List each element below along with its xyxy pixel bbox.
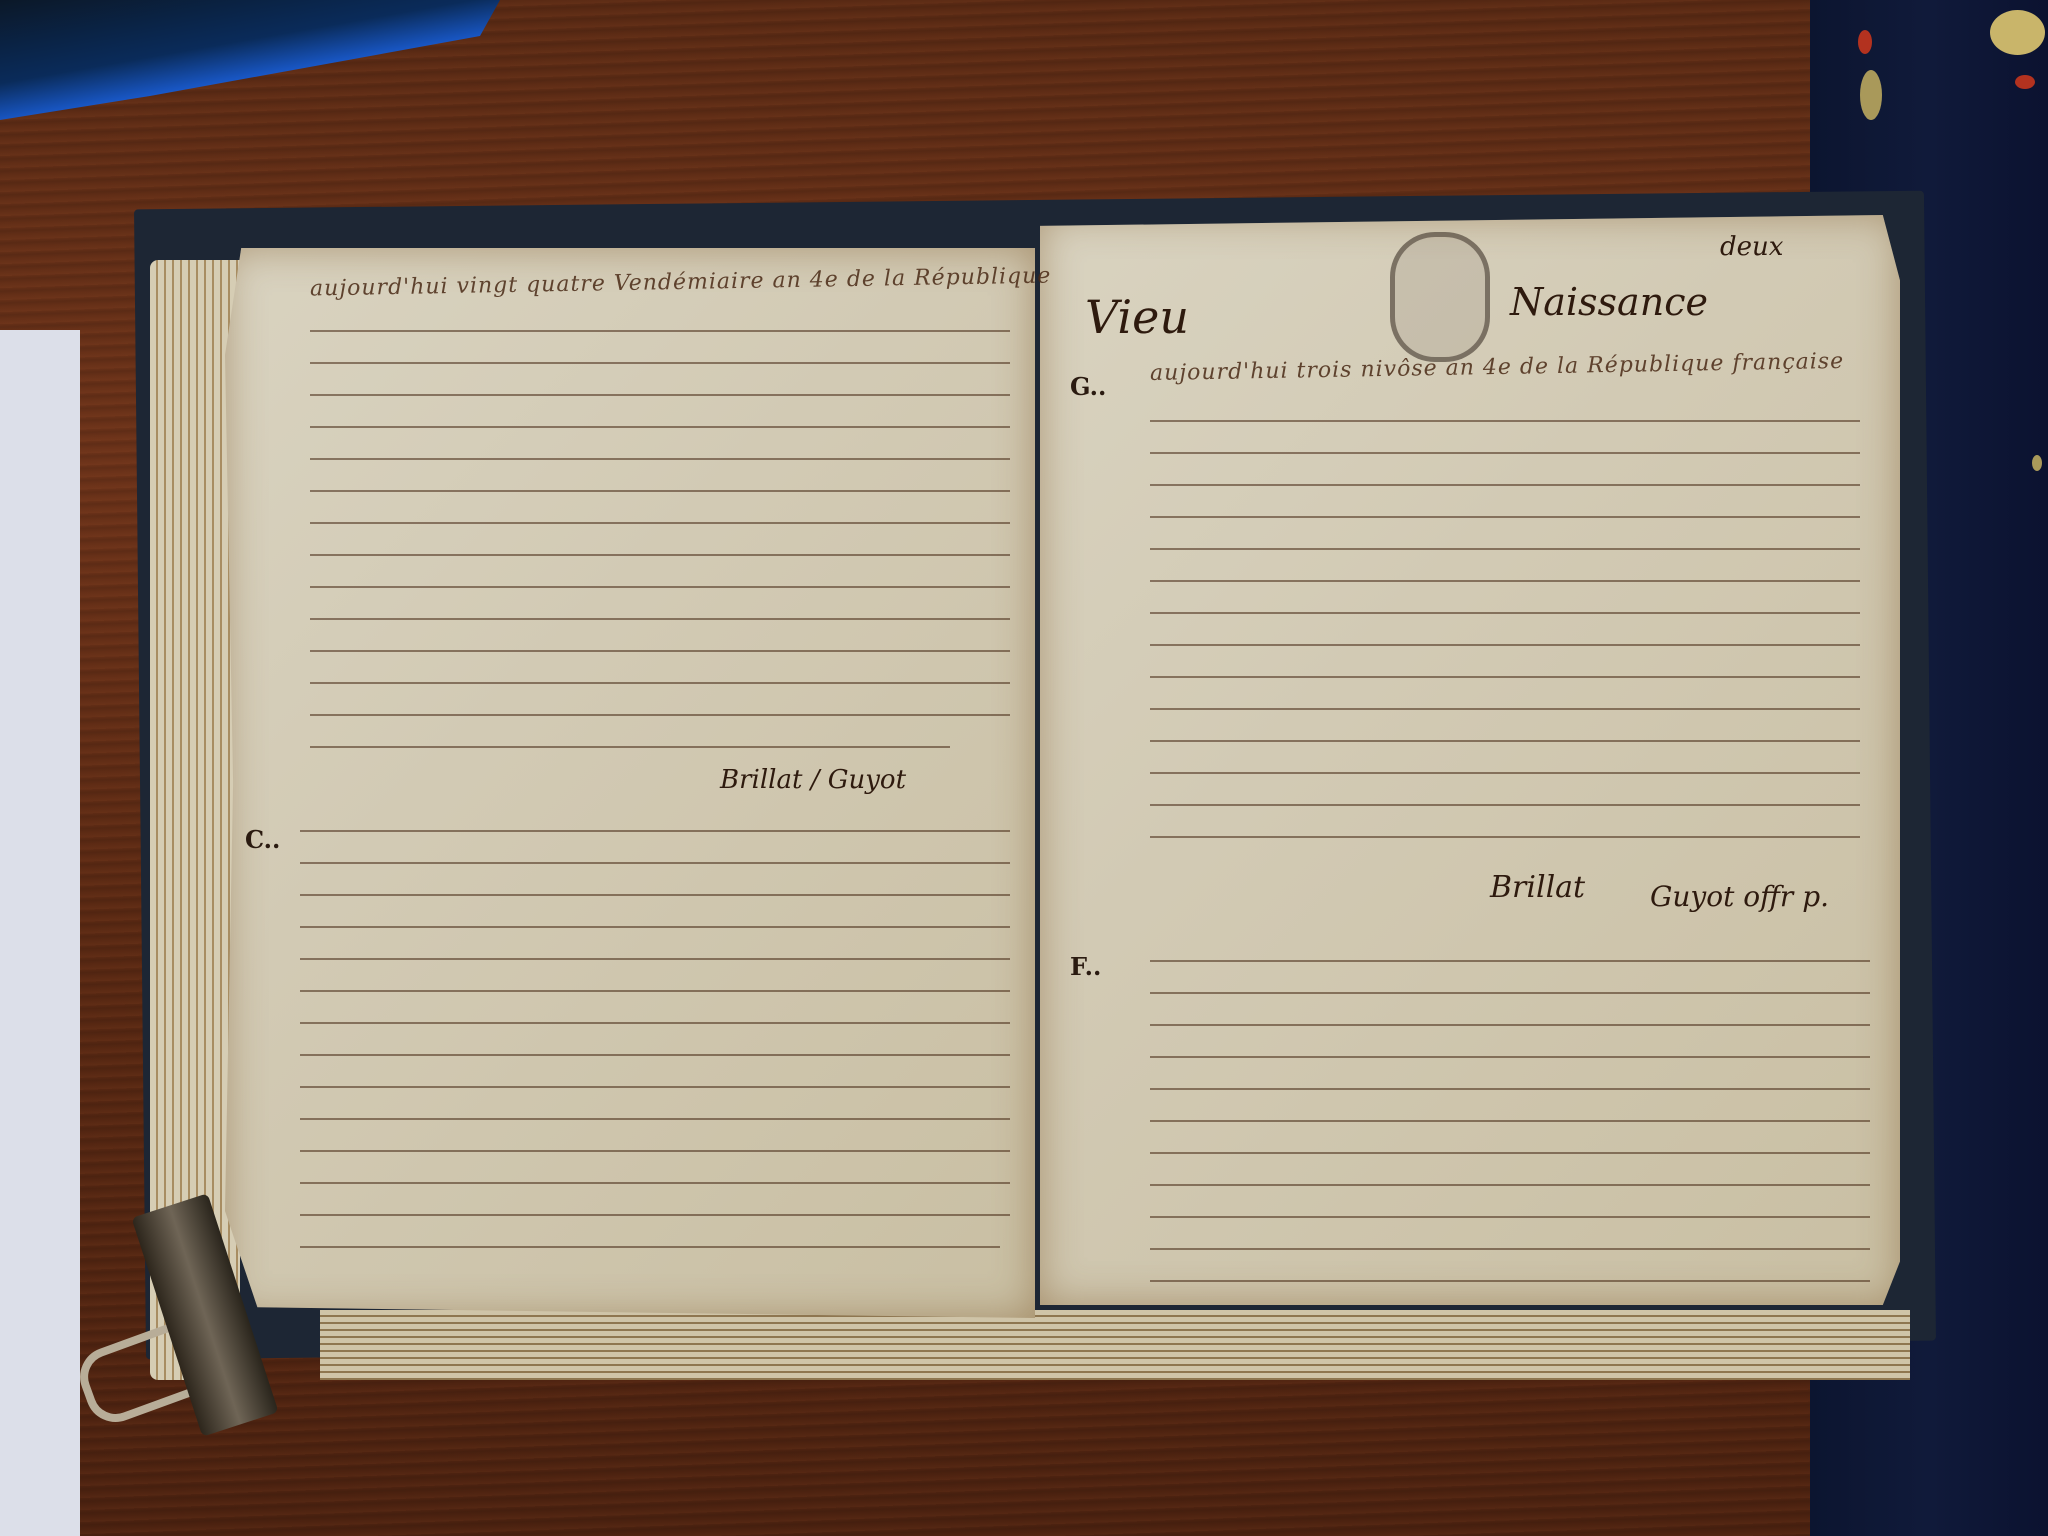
flower-motif	[2032, 455, 2042, 471]
left-page	[225, 248, 1035, 1318]
flower-motif	[1858, 30, 1872, 54]
flower-motif	[1990, 10, 2045, 55]
header-vieu: Vieu	[1085, 290, 1189, 344]
margin-letter-c: C..	[245, 825, 280, 854]
flower-motif	[1860, 70, 1882, 120]
header-naissance: Naissance	[1510, 280, 1708, 324]
white-sheet	[0, 330, 80, 1536]
page-number: deux	[1720, 232, 1783, 262]
signature-guyot: Guyot offr p.	[1650, 880, 1829, 913]
margin-letter-g: G..	[1070, 372, 1106, 401]
flower-motif	[2015, 75, 2035, 89]
signature-brillat: Brillat	[1490, 870, 1585, 905]
tax-stamp	[1390, 232, 1490, 362]
page-edges-bottom	[320, 1310, 1910, 1380]
margin-letter-f: F..	[1070, 952, 1101, 981]
left-signature: Brillat / Guyot	[720, 765, 906, 795]
